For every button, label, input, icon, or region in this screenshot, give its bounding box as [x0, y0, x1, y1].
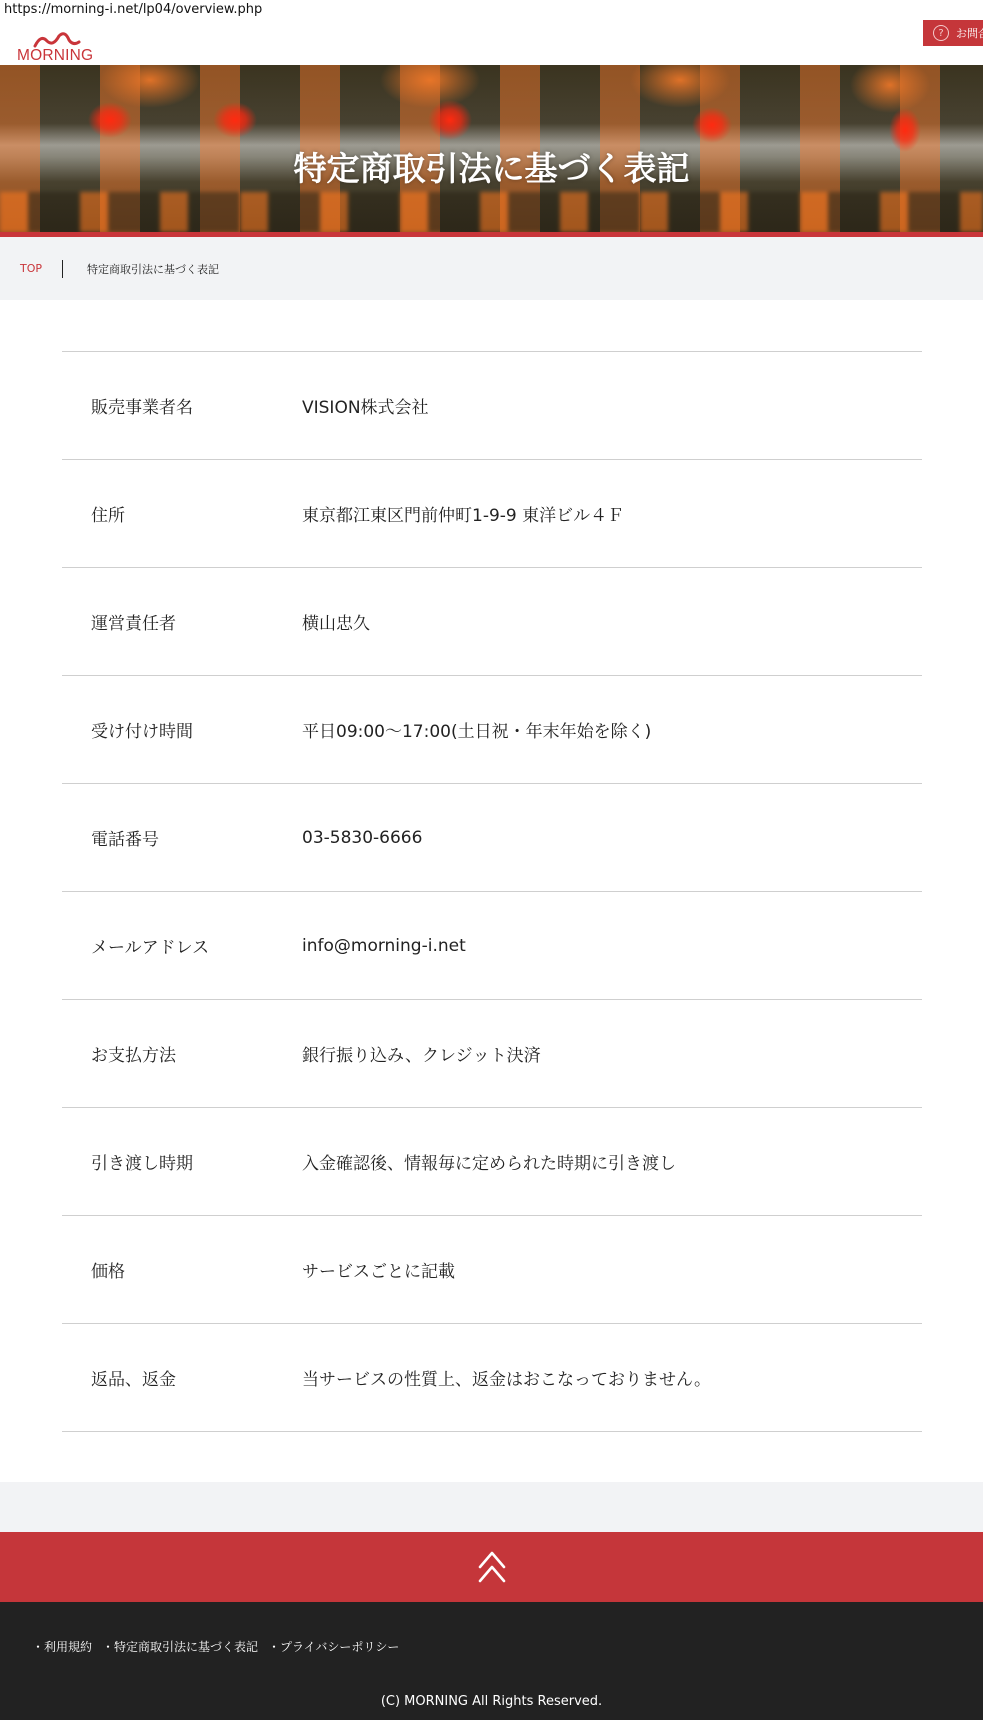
question-circle-icon: ?	[933, 25, 949, 41]
row-label: 返品、返金	[62, 1365, 302, 1390]
site-footer: ・利用規約 ・特定商取引法に基づく表記 ・プライバシーポリシー (C) MORN…	[0, 1602, 983, 1720]
table-row: 受け付け時間平日09:00～17:00(土日祝・年末年始を除く)	[62, 676, 922, 784]
breadcrumb-current: 特定商取引法に基づく表記	[87, 261, 219, 277]
row-value: info@morning-i.net	[302, 936, 922, 956]
breadcrumb-separator	[62, 260, 63, 278]
row-label: 受け付け時間	[62, 717, 302, 742]
row-value: 平日09:00～17:00(土日祝・年末年始を除く)	[302, 717, 922, 742]
row-label: メールアドレス	[62, 933, 302, 958]
contact-button-label: お問合せ	[956, 25, 983, 41]
row-value: 当サービスの性質上、返金はおこなっておりません。	[302, 1365, 922, 1390]
footer-link-legal-notice[interactable]: ・特定商取引法に基づく表記	[102, 1638, 258, 1655]
row-label: 住所	[62, 501, 302, 526]
row-value: VISION株式会社	[302, 393, 922, 418]
row-label: お支払方法	[62, 1041, 302, 1066]
breadcrumb: TOP 特定商取引法に基づく表記	[0, 237, 983, 300]
table-row: お支払方法銀行振り込み、クレジット決済	[62, 1000, 922, 1108]
row-value: 横山忠久	[302, 609, 922, 634]
table-row: 住所東京都江東区門前仲町1-9-9 東洋ビル４Ｆ	[62, 460, 922, 568]
table-row: 価格サービスごとに記載	[62, 1216, 922, 1324]
logo-text: MORNING	[17, 47, 93, 65]
hero-banner: 特定商取引法に基づく表記	[0, 65, 983, 232]
table-row: 引き渡し時期入金確認後、情報毎に定められた時期に引き渡し	[62, 1108, 922, 1216]
table-row: 運営責任者横山忠久	[62, 568, 922, 676]
row-value: 03-5830-6666	[302, 828, 922, 848]
logo-wave-icon	[33, 32, 81, 48]
double-chevron-up-icon	[477, 1550, 507, 1584]
spacer-band	[0, 1482, 983, 1532]
table-row: 電話番号03-5830-6666	[62, 784, 922, 892]
legal-info-table: 販売事業者名VISION株式会社 住所東京都江東区門前仲町1-9-9 東洋ビル４…	[62, 351, 922, 1432]
back-to-top-button[interactable]	[0, 1532, 983, 1602]
page-url: https://morning-i.net/lp04/overview.php	[4, 2, 262, 17]
row-label: 販売事業者名	[62, 393, 302, 418]
row-value: 東京都江東区門前仲町1-9-9 東洋ビル４Ｆ	[302, 501, 922, 526]
table-row: メールアドレスinfo@morning-i.net	[62, 892, 922, 1000]
logo[interactable]: MORNING	[17, 32, 99, 64]
hero-background-lights	[0, 192, 983, 232]
footer-link-terms[interactable]: ・利用規約	[32, 1638, 92, 1655]
table-row: 返品、返金当サービスの性質上、返金はおこなっておりません。	[62, 1324, 922, 1432]
breadcrumb-top-link[interactable]: TOP	[20, 262, 42, 275]
row-value: サービスごとに記載	[302, 1257, 922, 1282]
row-value: 銀行振り込み、クレジット決済	[302, 1041, 922, 1066]
row-label: 電話番号	[62, 825, 302, 850]
row-label: 引き渡し時期	[62, 1149, 302, 1174]
contact-button[interactable]: ? お問合せ	[923, 20, 983, 46]
page-title: 特定商取引法に基づく表記	[0, 143, 983, 190]
row-value: 入金確認後、情報毎に定められた時期に引き渡し	[302, 1149, 922, 1174]
footer-links: ・利用規約 ・特定商取引法に基づく表記 ・プライバシーポリシー	[32, 1638, 399, 1655]
footer-link-privacy-policy[interactable]: ・プライバシーポリシー	[268, 1638, 399, 1655]
row-label: 運営責任者	[62, 609, 302, 634]
copyright: (C) MORNING All Rights Reserved.	[0, 1694, 983, 1709]
row-label: 価格	[62, 1257, 302, 1282]
table-row: 販売事業者名VISION株式会社	[62, 352, 922, 460]
